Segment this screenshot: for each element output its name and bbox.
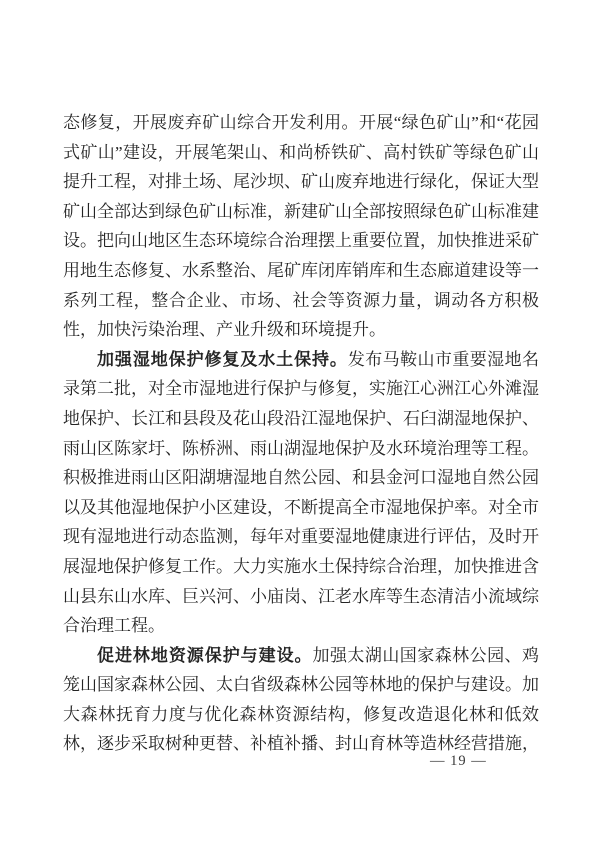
page-number: — 19 — [430,753,487,769]
document-page: 态修复，开展废弃矿山综合开发利用。开展“绿色矿山”和“花园式矿山”建设，开展笔架… [0,0,600,848]
paragraph-forest-resources: 促进林地资源保护与建设。加强太湖山国家森林公园、鸡笼山国家森林公园、太白省级森林… [63,641,539,759]
paragraph-heading: 促进林地资源保护与建设。 [97,646,313,665]
paragraph-text: 发布马鞍山市重要湿地名录第二批，对全市湿地进行保护与修复，实施江心洲江心外滩湿地… [63,350,539,635]
paragraph-wetland-protection: 加强湿地保护修复及水土保持。发布马鞍山市重要湿地名录第二批，对全市湿地进行保护与… [63,345,539,641]
document-body: 态修复，开展废弃矿山综合开发利用。开展“绿色矿山”和“花园式矿山”建设，开展笔架… [63,108,539,759]
paragraph-text: 态修复，开展废弃矿山综合开发利用。开展“绿色矿山”和“花园式矿山”建设，开展笔架… [63,113,539,339]
paragraph-heading: 加强湿地保护修复及水土保持。 [97,350,348,369]
page-footer: — 19 — [430,753,550,770]
paragraph-mine-restoration: 态修复，开展废弃矿山综合开发利用。开展“绿色矿山”和“花园式矿山”建设，开展笔架… [63,108,539,345]
